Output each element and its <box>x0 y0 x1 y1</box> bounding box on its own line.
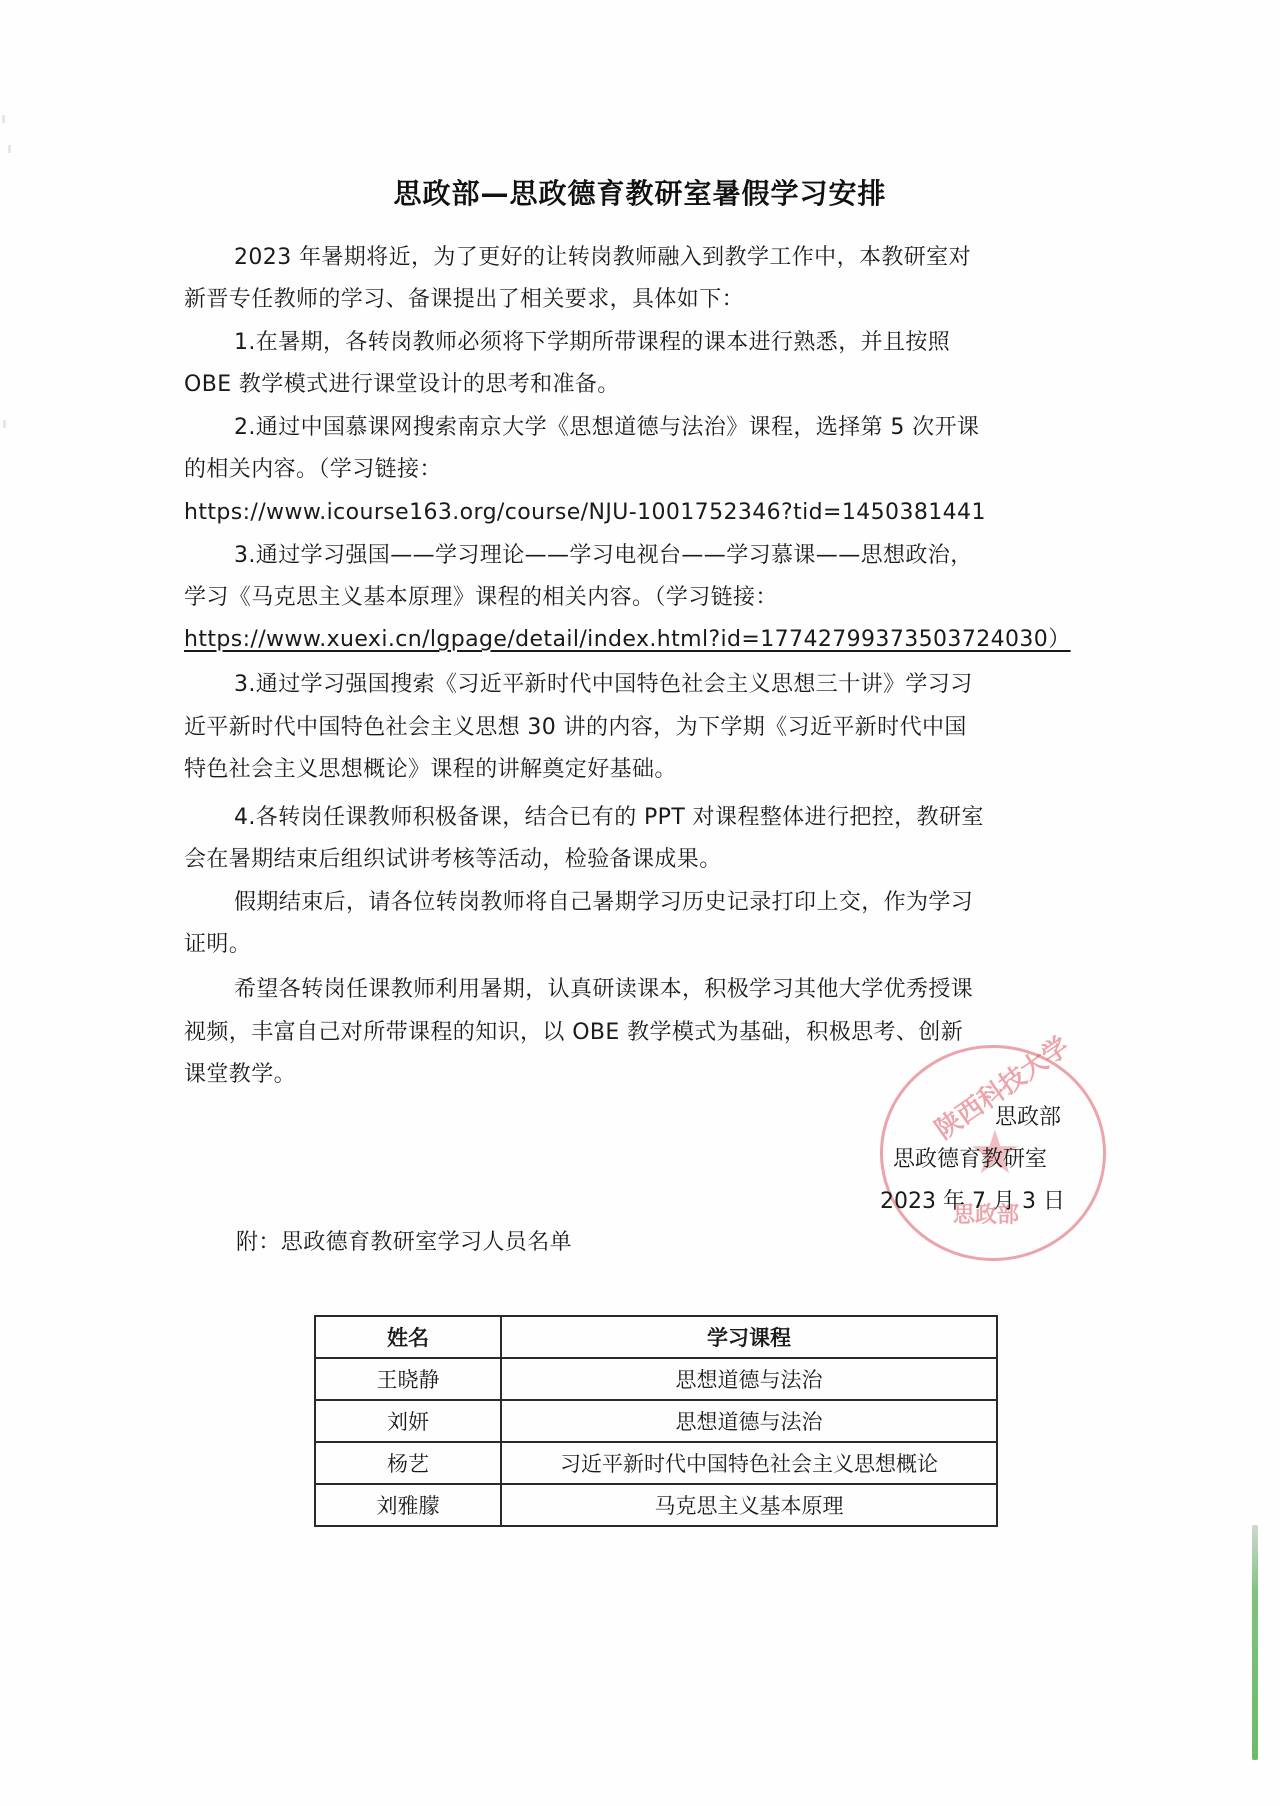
body-line: 的相关内容。（学习链接： <box>184 455 1084 485</box>
body-line: 4.各转岗任课教师积极备课，结合已有的 PPT 对课程整体进行把控，教研室 <box>184 803 1134 833</box>
body-line: 希望各转岗任课教师利用暑期，认真研读课本，积极学习其他大学优秀授课 <box>184 975 1134 1005</box>
cell-name: 杨艺 <box>315 1442 501 1484</box>
body-line: 视频，丰富自己对所带课程的知识，以 OBE 教学模式为基础，积极思考、创新 <box>184 1018 1084 1048</box>
cell-course: 思想道德与法治 <box>501 1358 997 1400</box>
cell-name: 刘雅朦 <box>315 1484 501 1526</box>
signature-date: 2023 年 7 月 3 日 <box>880 1187 1065 1217</box>
cell-course: 马克思主义基本原理 <box>501 1484 997 1526</box>
scan-speck <box>2 115 5 123</box>
scan-speck <box>3 420 6 428</box>
body-line: 2.通过中国慕课网搜索南京大学《思想道德与法治》课程，选择第 5 次开课 <box>184 413 1134 443</box>
table-row: 刘雅朦 马克思主义基本原理 <box>315 1484 997 1526</box>
icourse-link[interactable]: https://www.icourse163.org/course/NJU-10… <box>184 498 1084 528</box>
header-course: 学习课程 <box>501 1316 997 1358</box>
roster-table: 姓名 学习课程 王晓静 思想道德与法治 刘妍 思想道德与法治 杨艺 习近平新时代… <box>314 1315 998 1527</box>
body-line: 新晋专任教师的学习、备课提出了相关要求，具体如下： <box>184 285 1084 315</box>
cell-course: 习近平新时代中国特色社会主义思想概论 <box>501 1442 997 1484</box>
cell-name: 王晓静 <box>315 1358 501 1400</box>
body-line: 特色社会主义思想概论》课程的讲解奠定好基础。 <box>184 755 1084 785</box>
signature-department: 思政部 <box>995 1103 1061 1133</box>
body-line: 2023 年暑期将近，为了更好的让转岗教师融入到教学工作中，本教研室对 <box>184 243 1134 273</box>
cell-name: 刘妍 <box>315 1400 501 1442</box>
body-line: 1.在暑期，各转岗教师必须将下学期所带课程的课本进行熟悉，并且按照 <box>184 328 1134 358</box>
body-line: 假期结束后，请各位转岗教师将自己暑期学习历史记录打印上交，作为学习 <box>184 888 1134 918</box>
body-line: 学习《马克思主义基本原理》课程的相关内容。（学习链接： <box>184 583 1084 613</box>
signature-office: 思政德育教研室 <box>893 1145 1047 1175</box>
body-line: 近平新时代中国特色社会主义思想 30 讲的内容，为下学期《习近平新时代中国 <box>184 713 1084 743</box>
scan-edge-strip <box>1252 1525 1258 1760</box>
xuexi-link[interactable]: https://www.xuexi.cn/lgpage/detail/index… <box>184 625 1084 655</box>
body-line: 证明。 <box>184 930 1084 960</box>
header-name: 姓名 <box>315 1316 501 1358</box>
cell-course: 思想道德与法治 <box>501 1400 997 1442</box>
table-row: 刘妍 思想道德与法治 <box>315 1400 997 1442</box>
body-line: 会在暑期结束后组织试讲考核等活动，检验备课成果。 <box>184 845 1084 875</box>
table-row: 王晓静 思想道德与法治 <box>315 1358 997 1400</box>
table-header-row: 姓名 学习课程 <box>315 1316 997 1358</box>
scan-speck <box>8 145 11 153</box>
appendix-label: 附：思政德育教研室学习人员名单 <box>236 1228 1136 1258</box>
document-page: 思政部—思政德育教研室暑假学习安排 2023 年暑期将近，为了更好的让转岗教师融… <box>0 0 1280 1806</box>
table-row: 杨艺 习近平新时代中国特色社会主义思想概论 <box>315 1442 997 1484</box>
document-title: 思政部—思政德育教研室暑假学习安排 <box>0 172 1280 212</box>
body-line: 3.通过学习强国——学习理论——学习电视台——学习慕课——思想政治， <box>184 541 1134 571</box>
body-line: OBE 教学模式进行课堂设计的思考和准备。 <box>184 370 1084 400</box>
body-line: 3.通过学习强国搜索《习近平新时代中国特色社会主义思想三十讲》学习习 <box>184 670 1134 700</box>
